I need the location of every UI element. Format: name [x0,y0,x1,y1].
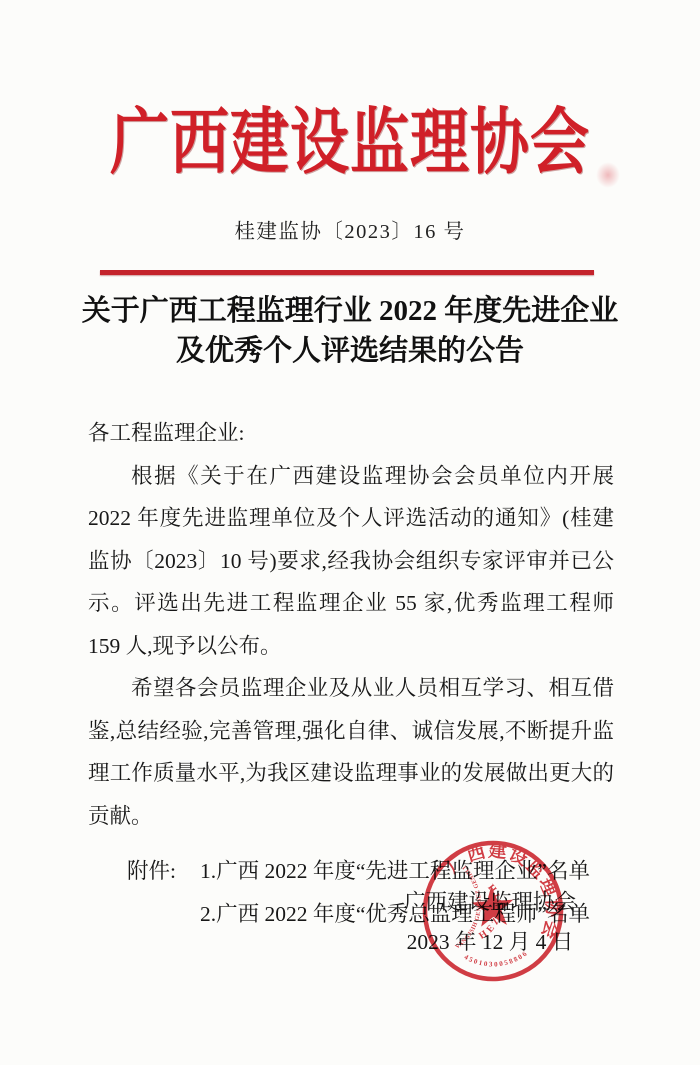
salutation: 各工程监理企业: [88,412,614,455]
scanned-notice-page: 广西建设监理协会 桂建监协〔2023〕16 号 关于广西工程监理行业 2022 … [0,0,700,1065]
notice-title-line2: 及优秀个人评选结果的公告 [176,335,524,367]
ink-smudge [596,162,620,188]
doc-number: 桂建监协〔2023〕16 号 [0,214,700,244]
notice-title-line1: 关于广西工程监理行业 2022 年度先进企业 [82,295,619,327]
red-divider [100,270,594,275]
paragraph-1: 根据《关于在广西建设监理协会会员单位内开展 2022 年度先进监理单位及个人评选… [88,455,614,668]
paragraph-2: 希望各会员监理企业及从业人员相互学习、相互借鉴,总结经验,完善管理,强化自律、诚… [88,667,614,837]
attachment-label: 附件: [127,850,176,935]
notice-title: 关于广西工程监理行业 2022 年度先进企业 及优秀个人评选结果的公告 [0,291,700,371]
seal-serial-number: 4501030058806 [462,949,530,971]
org-name-header: 广西建设监理协会 [0,84,700,188]
seal-ring-text-cn: 广西建设监理协会 [442,834,567,950]
official-seal: 广西建设监理协会 GVANGJSIH GENGSEZ GENHLIJ HEZVE… [414,832,572,990]
